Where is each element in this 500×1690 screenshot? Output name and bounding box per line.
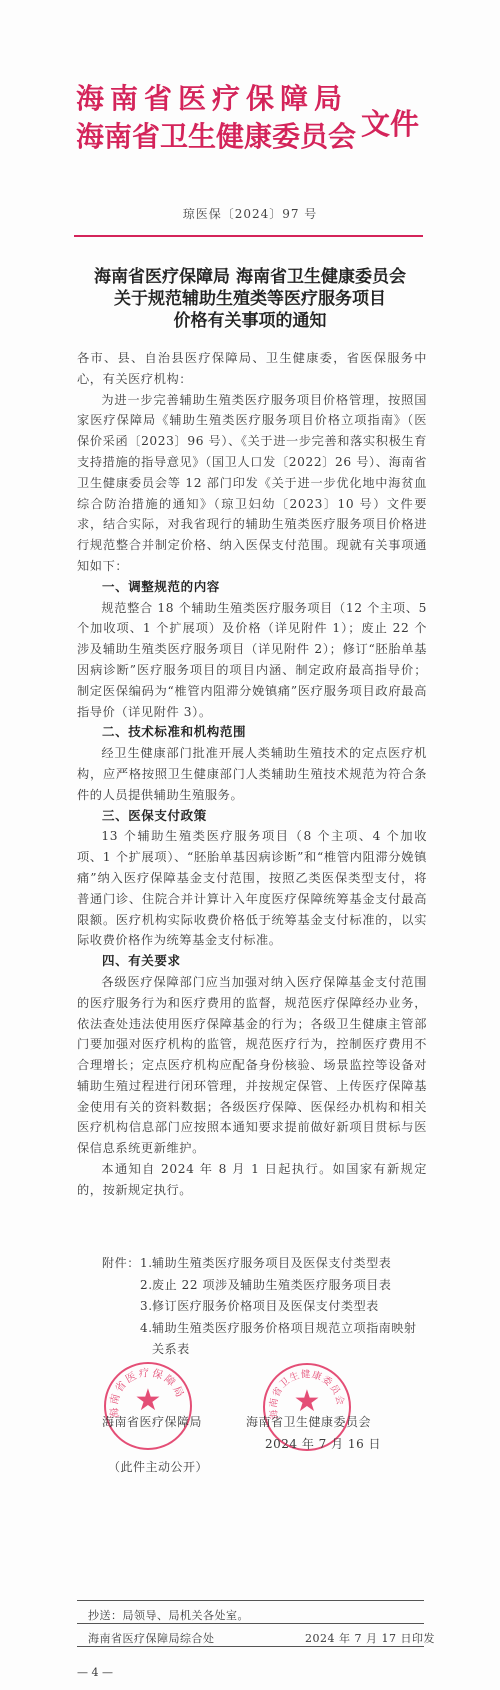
attachment-item: 3. 修订医疗服务价格项目及医保支付类型表 [140, 1296, 420, 1318]
seal-star-icon: ★ [106, 1386, 190, 1416]
footer-rule-middle [77, 1623, 424, 1624]
document-title: 海南省医疗保障局 海南省卫生健康委员会 关于规范辅助生殖类等医疗服务项目 价格有… [0, 266, 500, 332]
red-divider [74, 235, 423, 237]
issuer-healthcare-security-bureau: 海南省医疗保障局 [76, 80, 356, 118]
effective-date-paragraph: 本通知自 2024 年 8 月 1 日起执行。如国家有新规定的，按新规定执行。 [77, 1159, 427, 1201]
section-text-3: 13 个辅助生殖类医疗服务项目（8 个主项、4 个加收项、1 个扩展项）、“胚胎… [77, 826, 427, 951]
title-line-3: 价格有关事项的通知 [0, 310, 500, 332]
cc-line: 抄送：局领导、局机关各处室。 [88, 1607, 249, 1623]
signature-date: 2024 年 7 月 16 日 [265, 1435, 381, 1452]
public-disclosure-note: （此件主动公开） [108, 1458, 208, 1475]
attachment-item: 1. 辅助生殖类医疗服务项目及医保支付类型表 [140, 1253, 420, 1275]
attachments-label: 附件： [102, 1253, 140, 1361]
document-page: 海南省医疗保障局 海南省卫生健康委员会 文件 琼医保〔2024〕97 号 海南省… [0, 0, 500, 1690]
section-heading-4: 四、有关要求 [77, 951, 427, 972]
section-text-4: 各级医疗保障部门应当加强对纳入医疗保障基金支付范围的医疗服务行为和医疗费用的监督… [77, 972, 427, 1159]
red-header: 海南省医疗保障局 海南省卫生健康委员会 文件 [76, 80, 356, 156]
issuing-organizations: 海南省医疗保障局 海南省卫生健康委员会 [76, 80, 356, 156]
attachments-list: 附件： 1. 辅助生殖类医疗服务项目及医保支付类型表 2. 废止 22 项涉及辅… [102, 1253, 420, 1361]
title-line-1: 海南省医疗保障局 海南省卫生健康委员会 [0, 266, 500, 288]
title-line-2: 关于规范辅助生殖类等医疗服务项目 [0, 288, 500, 310]
document-number: 琼医保〔2024〕97 号 [0, 205, 500, 222]
footer-rule-bottom [77, 1646, 424, 1647]
page-number: — 4 — [77, 1666, 113, 1679]
recipients: 各市、县、自治县医疗保障局、卫生健康委，省医保服务中心，有关医疗机构： [77, 348, 427, 390]
section-text-1: 规范整合 18 个辅助生殖类医疗服务项目（12 个主项、5 个加收项、1 个扩展… [77, 598, 427, 723]
attachment-item: 4. 辅助生殖类医疗服务价格项目规范立项指南映射关系表 [140, 1318, 420, 1361]
document-type-label: 文件 [361, 102, 419, 143]
document-body: 各市、县、自治县医疗保障局、卫生健康委，省医保服务中心，有关医疗机构： 为进一步… [77, 348, 427, 1201]
issuer-health-commission: 海南省卫生健康委员会 [76, 118, 356, 156]
intro-paragraph: 为进一步完善辅助生殖类医疗服务项目价格管理，按照国家医疗保障局《辅助生殖类医疗服… [77, 390, 427, 577]
section-heading-3: 三、医保支付政策 [77, 806, 427, 827]
section-heading-1: 一、调整规范的内容 [77, 577, 427, 598]
footer-rule-top [77, 1600, 424, 1601]
attachment-item: 2. 废止 22 项涉及辅助生殖类医疗服务项目表 [140, 1275, 420, 1297]
signature-org-1: 海南省医疗保障局 [102, 1413, 202, 1430]
print-date: 2024 年 7 月 17 日印发 [305, 1630, 435, 1646]
section-heading-2: 二、技术标准和机构范围 [77, 722, 427, 743]
section-text-2: 经卫生健康部门批准开展人类辅助生殖技术的定点医疗机构，应严格按照卫生健康部门人类… [77, 743, 427, 805]
signature-org-2: 海南省卫生健康委员会 [246, 1413, 371, 1430]
printing-office: 海南省医疗保障局综合处 [88, 1630, 215, 1646]
official-seal-healthcare-security-bureau: 海南省医疗保障局 ★ [104, 1362, 192, 1450]
